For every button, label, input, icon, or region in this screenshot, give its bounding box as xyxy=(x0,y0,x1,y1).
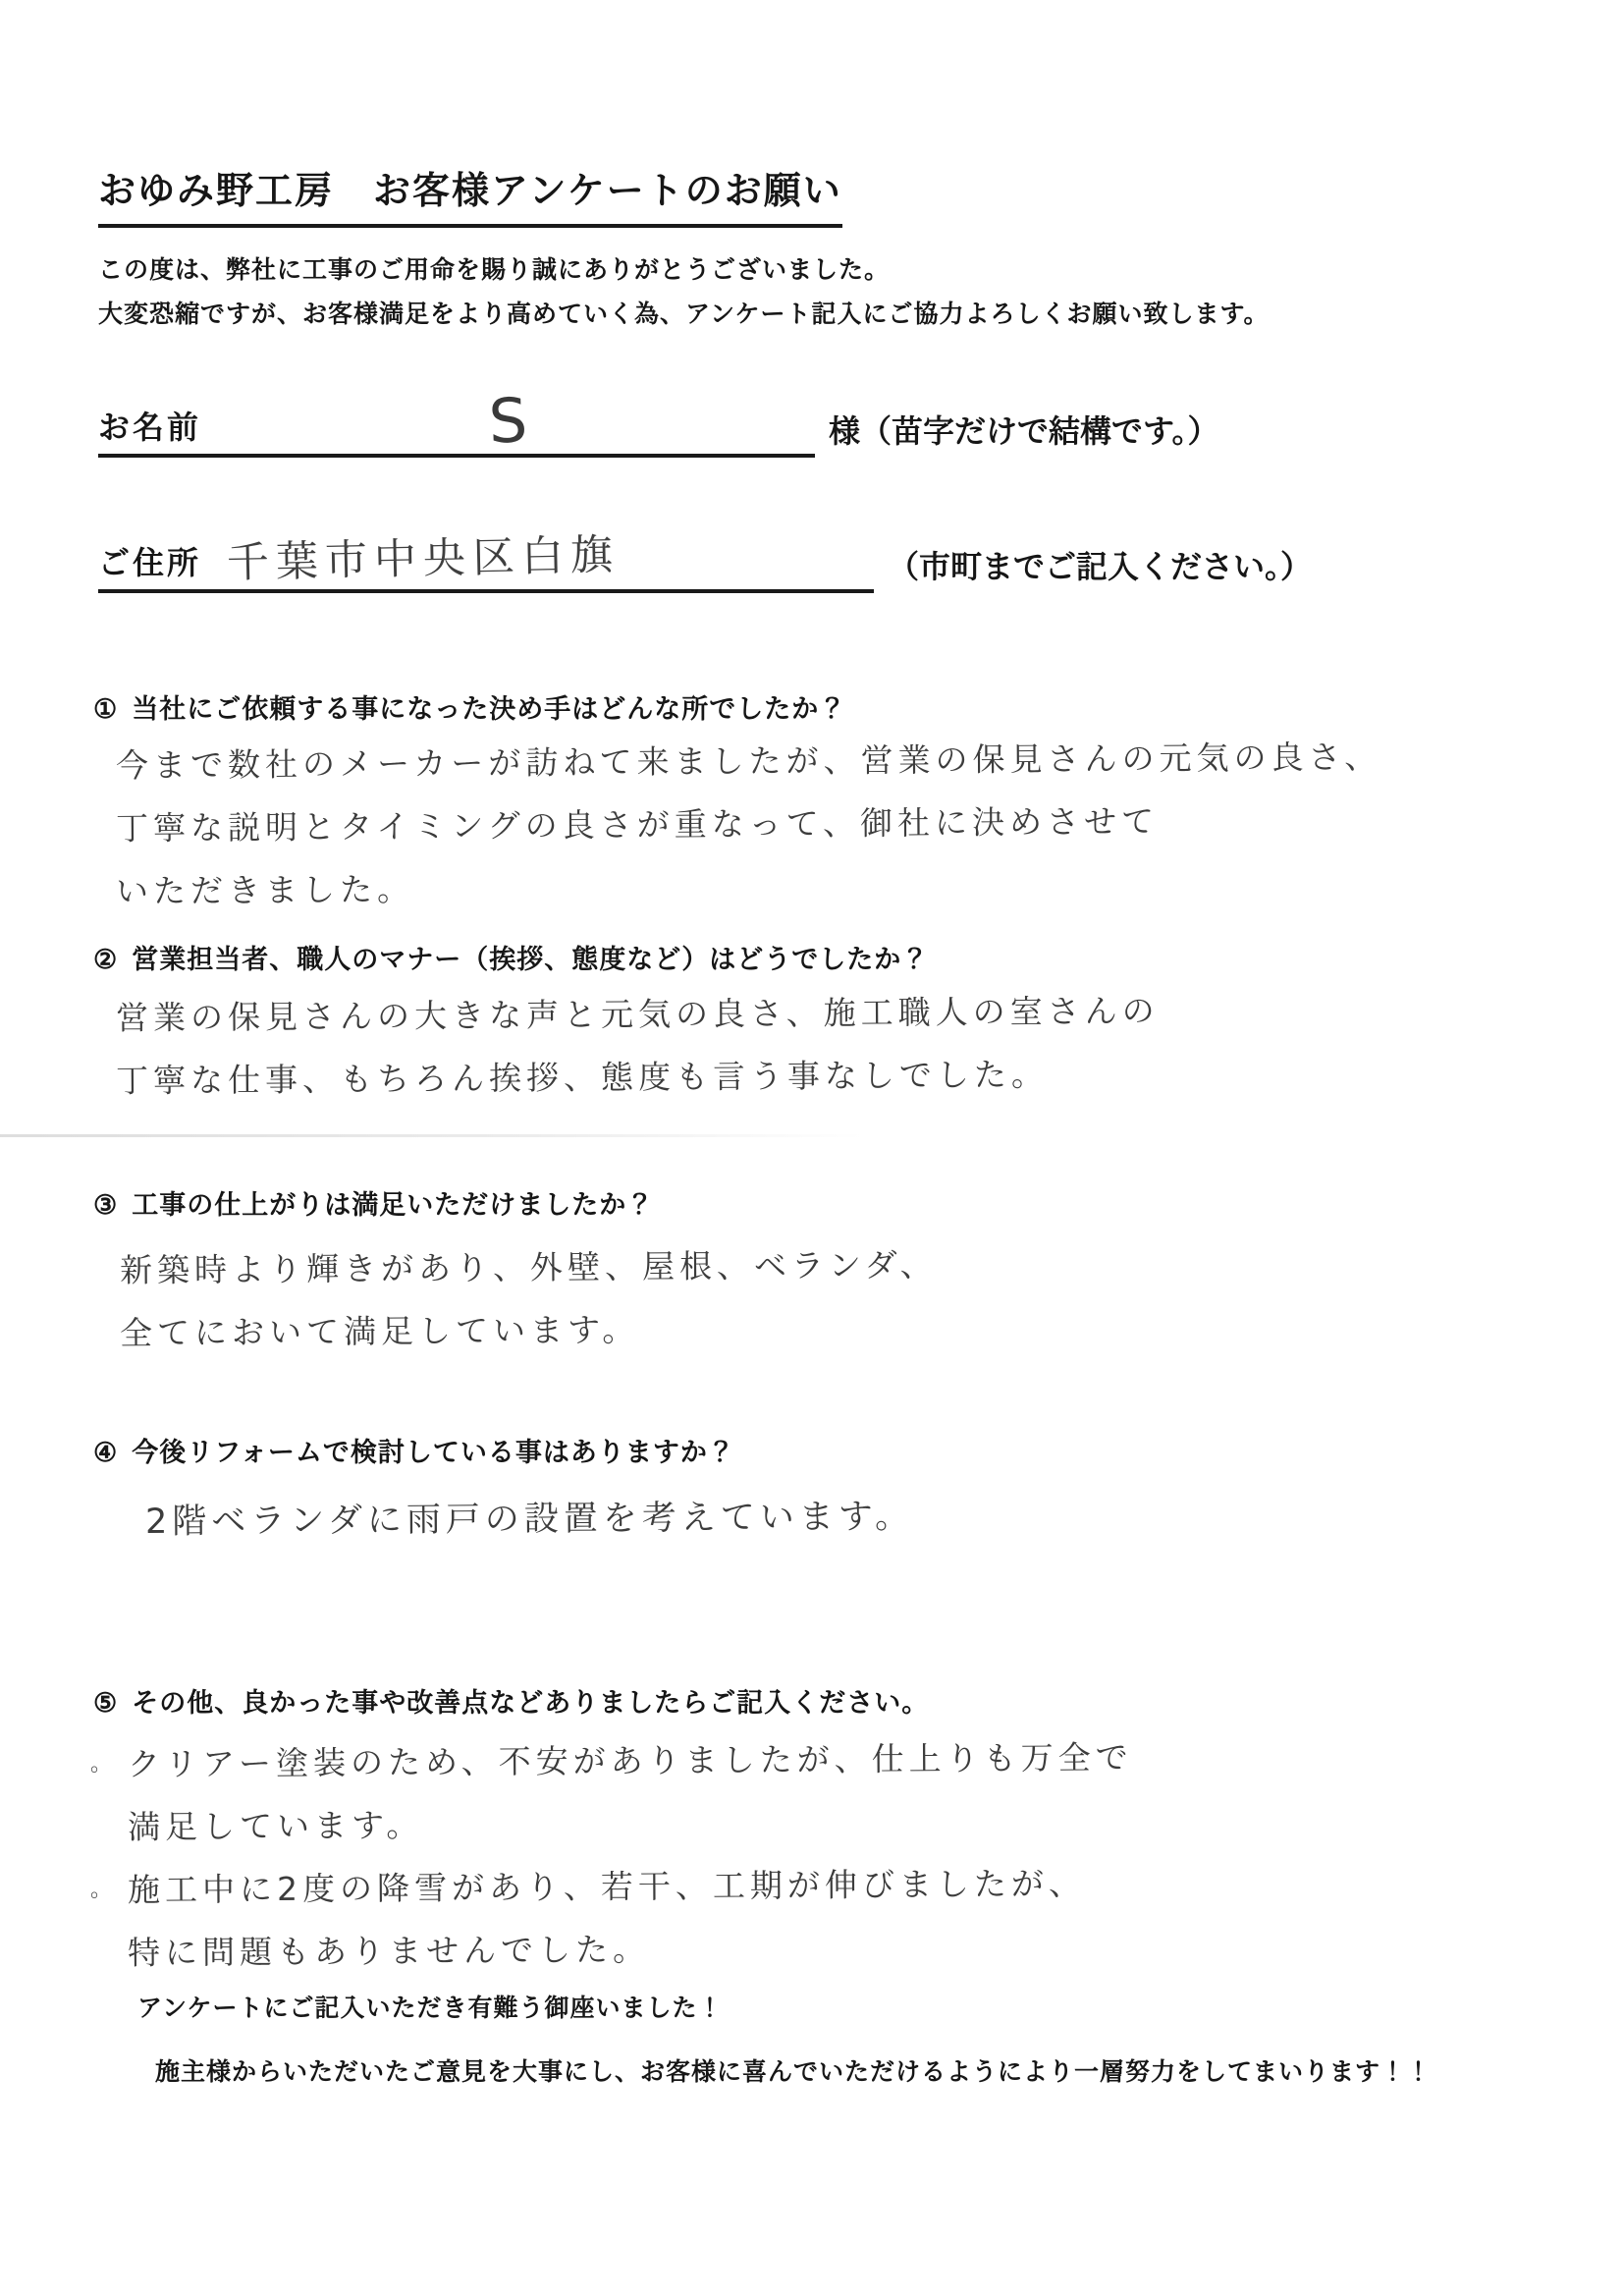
scan-artifact-line xyxy=(0,1134,864,1137)
page-title: おゆみ野工房 お客様アンケートのお願い xyxy=(98,160,842,228)
answer-3-handwritten: 新築時より輝きがあり、外壁、屋根、ベランダ、 全てにおいて満足しています。 xyxy=(120,1239,938,1365)
name-handwritten-value: S xyxy=(200,380,816,465)
address-blank-underline: ご住所 千葉市中央区白旗 xyxy=(98,530,874,593)
question-1-text: 当社にご依頼する事になった決め手はどんな所でしたか？ xyxy=(132,694,846,724)
question-2-number: ② xyxy=(93,945,118,974)
question-3: ③工事の仕上がりは満足いただけましたか？ xyxy=(93,1183,654,1222)
question-5-text: その他、良かった事や改善点などありましたらご記入ください。 xyxy=(132,1688,929,1718)
answer-5-bullet-2-line-1: 施工中に2度の降雪があり、若干、工期が伸びましたが、 xyxy=(128,1852,1133,1922)
intro-line-1: この度は、弊社に工事のご用命を賜り誠にありがとうございました。 xyxy=(98,250,890,286)
bullet-circle-marker: 。 xyxy=(90,1733,128,1796)
question-4-text: 今後リフォームで検討している事はありますか？ xyxy=(132,1438,735,1467)
address-note: （市町までご記入ください。） xyxy=(888,542,1312,593)
footer-thanks-line: アンケートにご記入いただき有難う御座いました！ xyxy=(137,1989,724,2024)
intro-line-2: 大変恐縮ですが、お客様満足をより高めていく為、アンケート記入にご協力よろしくお願… xyxy=(98,295,1270,330)
name-label: お名前 xyxy=(98,403,201,454)
answer-3-line-1: 新築時より輝きがあり、外壁、屋根、ベランダ、 xyxy=(120,1233,938,1302)
question-3-number: ③ xyxy=(93,1190,118,1220)
address-handwritten-value: 千葉市中央区白旗 xyxy=(200,523,874,596)
question-5-number: ⑤ xyxy=(93,1688,118,1718)
answer-5-bullet-2: 。 施工中に2度の降雪があり、若干、工期が伸びましたが、 特に問題もありませんで… xyxy=(90,1859,1133,1985)
answer-5-bullet-1-line-2: 満足しています。 xyxy=(128,1789,1133,1859)
answer-5-bullet-2-line-2: 特に問題もありませんでした。 xyxy=(128,1915,1133,1985)
question-4: ④今後リフォームで検討している事はありますか？ xyxy=(93,1431,735,1469)
answer-5-bullet-1: 。 クリアー塗装のため、不安がありましたが、仕上りも万全で 満足しています。 xyxy=(90,1733,1133,1859)
footer-commitment-line: 施主様からいただいたご意見を大事にし、お客様に喜んでいただけるようにより一層努力… xyxy=(155,2052,1432,2088)
answer-5-bullet-1-line-1: クリアー塗装のため、不安がありましたが、仕上りも万全で xyxy=(128,1726,1133,1796)
question-2: ②営業担当者、職人のマナー（挨拶、態度など）はどうでしたか？ xyxy=(93,938,929,976)
question-1-number: ① xyxy=(93,694,118,724)
bullet-circle-marker: 。 xyxy=(90,1859,128,1922)
answer-1-handwritten: 今まで数社のメーカーが訪ねて来ましたが、営業の保見さんの元気の良さ、 丁寧な説明… xyxy=(116,735,1381,923)
answer-5-handwritten: 。 クリアー塗装のため、不安がありましたが、仕上りも万全で 満足しています。 。… xyxy=(90,1733,1133,1985)
address-field-row: ご住所 千葉市中央区白旗 （市町までご記入ください。） xyxy=(98,530,1312,593)
question-3-text: 工事の仕上がりは満足いただけましたか？ xyxy=(132,1190,654,1220)
scanned-survey-page: おゆみ野工房 お客様アンケートのお願い この度は、弊社に工事のご用命を賜り誠にあ… xyxy=(0,0,1623,2296)
question-4-number: ④ xyxy=(93,1438,118,1467)
question-1: ①当社にご依頼する事になった決め手はどんな所でしたか？ xyxy=(93,687,846,726)
name-field-row: お名前 S 様（苗字だけで結構です。） xyxy=(98,391,1218,458)
answer-2-handwritten: 営業の保見さんの大きな声と元気の良さ、施工職人の室さんの 丁寧な仕事、もちろん挨… xyxy=(116,987,1160,1113)
answer-4-line-1: 2階ベランダに雨戸の設置を考えています。 xyxy=(145,1486,915,1554)
answer-1-line-3: いただきました。 xyxy=(116,851,1382,923)
answer-1-line-2: 丁寧な説明とタイミングの良さが重なって、御社に決めさせて xyxy=(116,789,1382,860)
answer-3-line-2: 全てにおいて満足しています。 xyxy=(120,1296,938,1365)
answer-2-line-2: 丁寧な仕事、もちろん挨拶、態度も言う事なしでした。 xyxy=(116,1043,1160,1113)
name-note: 様（苗字だけで結構です。） xyxy=(829,407,1218,458)
name-blank-underline: お名前 S xyxy=(98,391,815,458)
question-5: ⑤その他、良かった事や改善点などありましたらご記入ください。 xyxy=(93,1681,929,1720)
answer-4-handwritten: 2階ベランダに雨戸の設置を考えています。 xyxy=(145,1491,914,1554)
answer-1-line-1: 今まで数社のメーカーが訪ねて来ましたが、営業の保見さんの元気の良さ、 xyxy=(116,726,1382,797)
answer-2-line-1: 営業の保見さんの大きな声と元気の良さ、施工職人の室さんの xyxy=(116,980,1160,1050)
question-2-text: 営業担当者、職人のマナー（挨拶、態度など）はどうでしたか？ xyxy=(132,945,929,974)
address-label: ご住所 xyxy=(98,538,201,589)
